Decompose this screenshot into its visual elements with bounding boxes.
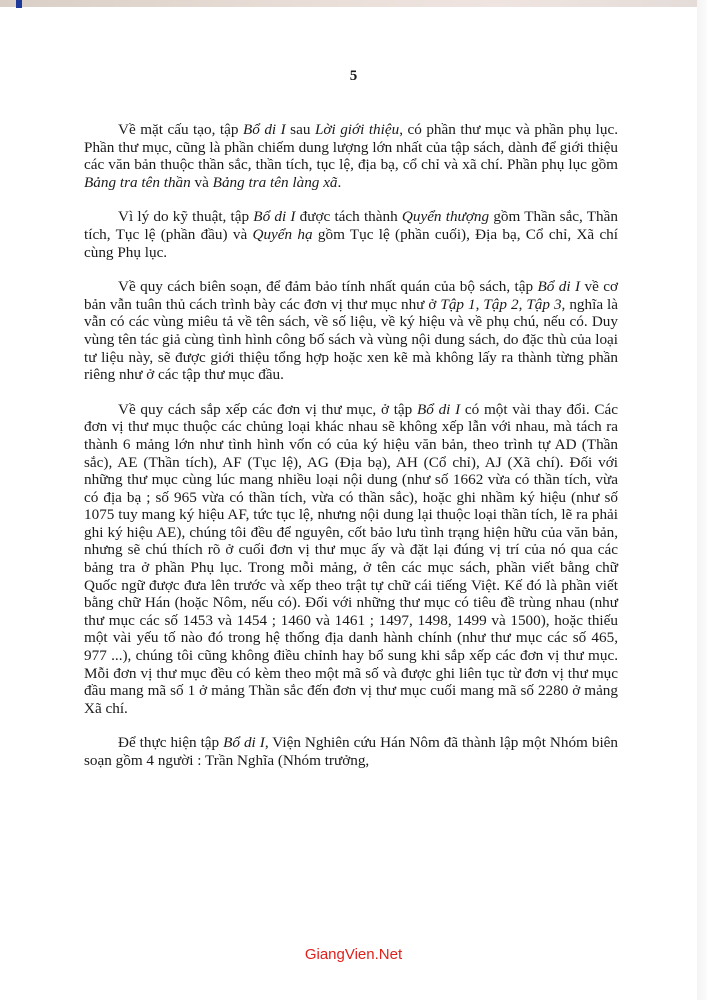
body-text-run: sau <box>286 121 315 138</box>
italic-title-text: Quyển hạ <box>252 226 312 243</box>
italic-title-text: Tập 1 <box>440 296 475 313</box>
page-number: 5 <box>0 68 707 85</box>
paragraph-compilation-rules: Về quy cách biên soạn, để đảm bảo tính n… <box>84 278 618 384</box>
body-text-run: Về quy cách biên soạn, để đảm bảo tính n… <box>118 278 538 295</box>
italic-title-text: Bổ di I <box>417 401 460 418</box>
body-text-run: được tách thành <box>295 208 401 225</box>
paragraph-structure: Về mặt cấu tạo, tập Bổ di I sau Lời giới… <box>84 121 618 191</box>
italic-title-text: Tập 2 <box>483 296 518 313</box>
body-text-run: . <box>338 174 342 191</box>
paragraph-arrangement-rules: Về quy cách sắp xếp các đơn vị thư mục, … <box>84 401 618 718</box>
body-text-run: Để thực hiện tập <box>118 734 223 751</box>
italic-title-text: Bổ di I <box>538 278 581 295</box>
binding-corner-mark <box>16 0 22 8</box>
scan-right-edge <box>697 0 707 1000</box>
italic-title-text: Tập 3 <box>526 296 561 313</box>
italic-title-text: Bổ di I <box>253 208 295 225</box>
body-text-run: Vì lý do kỹ thuật, tập <box>118 208 253 225</box>
body-text-run: có một vài thay đổi. Các đơn vị thư mục … <box>84 401 618 717</box>
paragraph-editorial-team: Để thực hiện tập Bổ di I, Viện Nghiên cứ… <box>84 734 618 769</box>
italic-title-text: Bảng tra tên thần <box>84 174 191 191</box>
italic-title-text: Bảng tra tên làng xã <box>213 174 338 191</box>
italic-title-text: Bổ di I <box>243 121 286 138</box>
italic-title-text: Quyển thượng <box>402 208 489 225</box>
body-text-run: Về quy cách sắp xếp các đơn vị thư mục, … <box>118 401 417 418</box>
paragraph-volume-split: Vì lý do kỹ thuật, tập Bổ di I được tách… <box>84 208 618 261</box>
body-text: Về mặt cấu tạo, tập Bổ di I sau Lời giới… <box>84 121 618 787</box>
italic-title-text: Bổ di I <box>223 734 265 751</box>
watermark-text: GiangVien.Net <box>0 946 707 963</box>
body-text-run: Về mặt cấu tạo, tập <box>118 121 243 138</box>
body-text-run: và <box>191 174 213 191</box>
scan-top-edge <box>0 0 707 7</box>
italic-title-text: Lời giới thiệu <box>315 121 399 138</box>
